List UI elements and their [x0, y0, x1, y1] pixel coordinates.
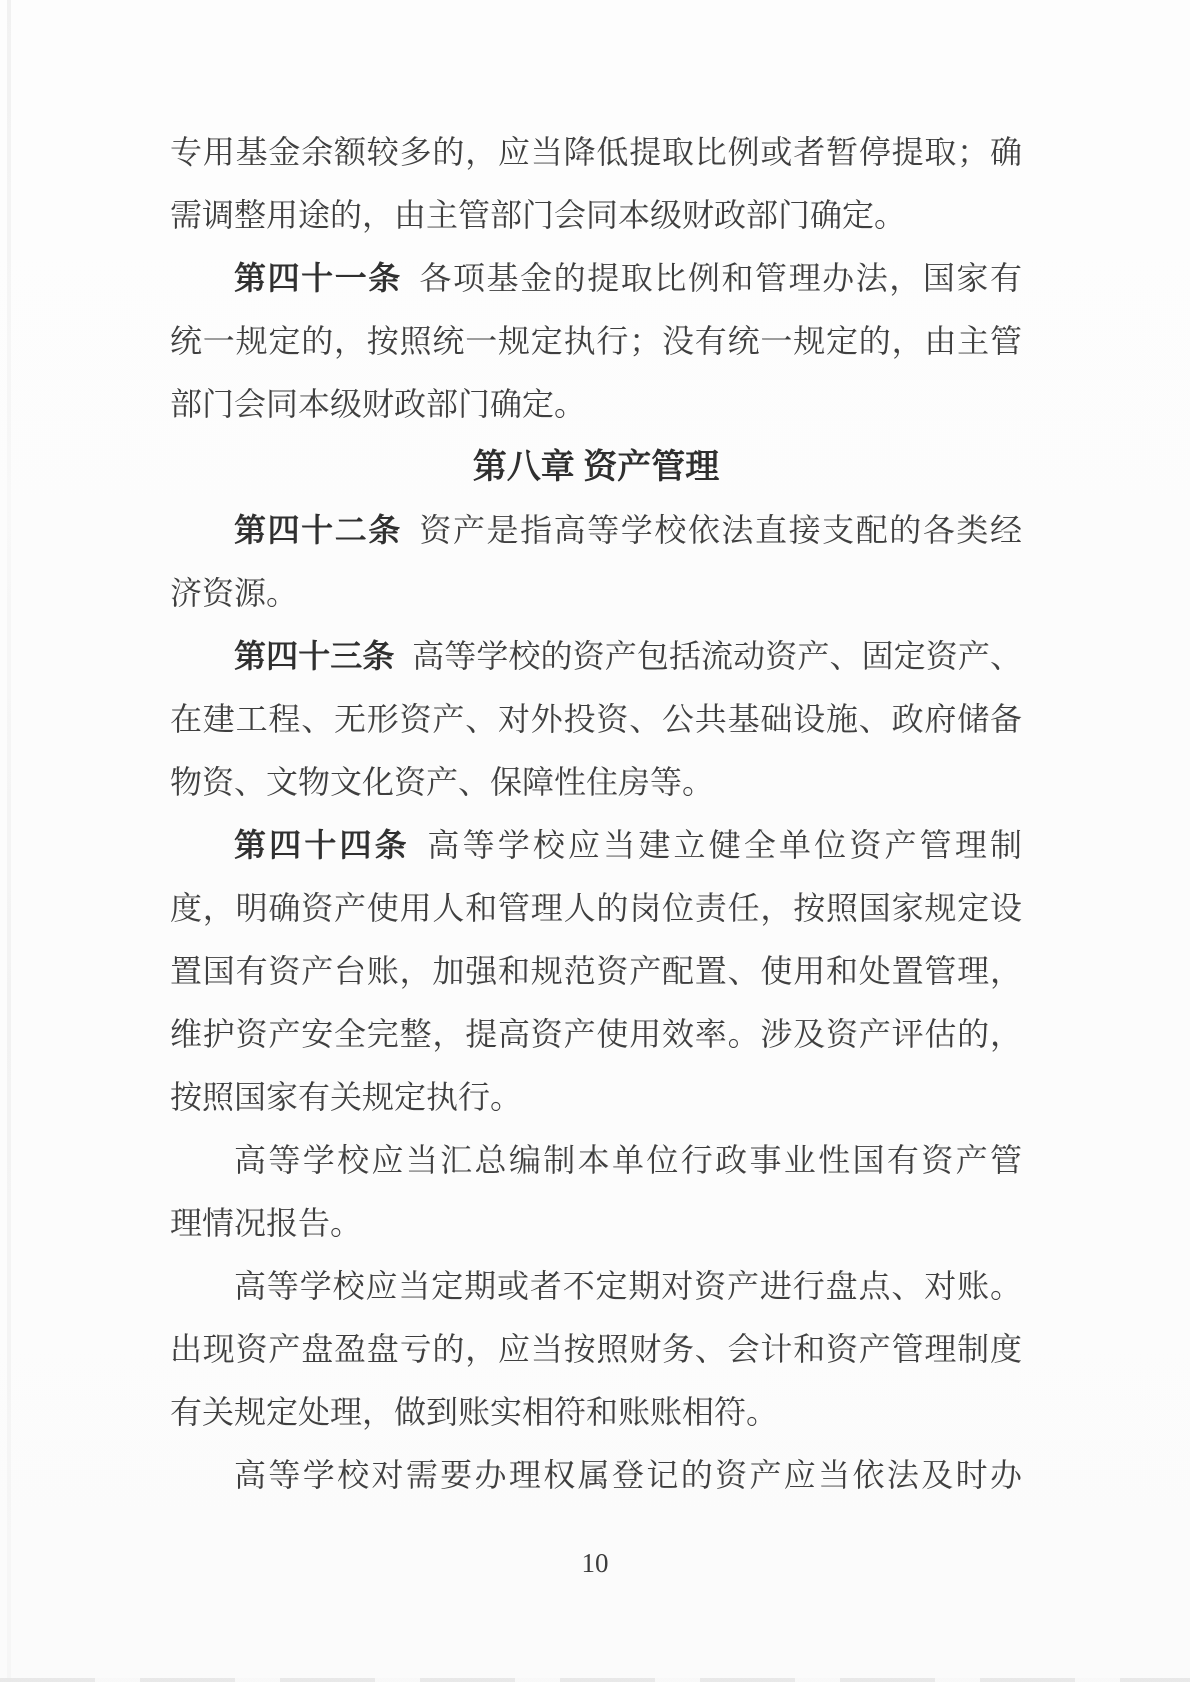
line-text: 资产是指高等学校依法直接支配的各类经: [419, 512, 1022, 548]
text-line: 物资、文物文化资产、保障性住房等。: [170, 751, 1022, 814]
line-text: 高等学校应当汇总编制本单位行政事业性国有资产管: [234, 1142, 1022, 1178]
text-line: 有关规定处理，做到账实相符和账账相符。: [170, 1381, 1022, 1444]
text-line: 维护资产安全完整，提高资产使用效率。涉及资产评估的，: [170, 1003, 1022, 1066]
text-line: 第八章 资产管理: [170, 436, 1022, 499]
line-text: 高等学校对需要办理权属登记的资产应当依法及时办: [234, 1457, 1022, 1493]
line-text: 理情况报告。: [170, 1205, 362, 1241]
line-text: 置国有资产台账，加强和规范资产配置、使用和处置管理，: [170, 953, 1022, 989]
line-text: 在建工程、无形资产、对外投资、公共基础设施、政府储备: [170, 701, 1022, 737]
scanned-document-page: 专用基金余额较多的，应当降低提取比例或者暂停提取；确需调整用途的，由主管部门会同…: [0, 0, 1190, 1682]
line-text: 维护资产安全完整，提高资产使用效率。涉及资产评估的，: [170, 1016, 1022, 1052]
line-text: 高等学校的资产包括流动资产、固定资产、: [412, 638, 1022, 674]
text-line: 济资源。: [170, 562, 1022, 625]
scan-artifact-bottom-edge: [0, 1678, 1190, 1682]
text-line: 高等学校应当定期或者不定期对资产进行盘点、对账。: [170, 1255, 1022, 1318]
line-text: 出现资产盘盈盘亏的，应当按照财务、会计和资产管理制度: [170, 1331, 1022, 1367]
line-text: 济资源。: [170, 575, 298, 611]
text-line: 出现资产盘盈盘亏的，应当按照财务、会计和资产管理制度: [170, 1318, 1022, 1381]
line-text: 高等学校应当建立健全单位资产管理制: [427, 827, 1022, 863]
line-text: 度，明确资产使用人和管理人的岗位责任，按照国家规定设: [170, 890, 1022, 926]
line-text: 第八章 资产管理: [473, 449, 720, 486]
article-number-label: 第四十三条: [234, 638, 395, 674]
text-line: 部门会同本级财政部门确定。: [170, 373, 1022, 436]
line-text: 按照国家有关规定执行。: [170, 1079, 522, 1115]
text-line: 第四十三条高等学校的资产包括流动资产、固定资产、: [170, 625, 1022, 688]
article-number-label: 第四十一条: [234, 260, 402, 296]
text-line: 第四十四条高等学校应当建立健全单位资产管理制: [170, 814, 1022, 877]
text-line: 度，明确资产使用人和管理人的岗位责任，按照国家规定设: [170, 877, 1022, 940]
line-text: 有关规定处理，做到账实相符和账账相符。: [170, 1394, 778, 1430]
document-body-text: 专用基金余额较多的，应当降低提取比例或者暂停提取；确需调整用途的，由主管部门会同…: [170, 121, 1022, 1507]
scan-artifact-left-edge: [7, 0, 11, 1682]
line-text: 高等学校应当定期或者不定期对资产进行盘点、对账。: [234, 1268, 1022, 1304]
text-line: 高等学校对需要办理权属登记的资产应当依法及时办: [170, 1444, 1022, 1507]
article-number-label: 第四十二条: [234, 512, 402, 548]
text-line: 需调整用途的，由主管部门会同本级财政部门确定。: [170, 184, 1022, 247]
line-text: 统一规定的，按照统一规定执行；没有统一规定的，由主管: [170, 323, 1022, 359]
line-text: 各项基金的提取比例和管理办法，国家有: [419, 260, 1022, 296]
article-number-label: 第四十四条: [234, 827, 410, 863]
line-text: 物资、文物文化资产、保障性住房等。: [170, 764, 714, 800]
line-text: 需调整用途的，由主管部门会同本级财政部门确定。: [170, 197, 906, 233]
line-text: 部门会同本级财政部门确定。: [170, 386, 586, 422]
text-line: 在建工程、无形资产、对外投资、公共基础设施、政府储备: [170, 688, 1022, 751]
text-line: 第四十二条资产是指高等学校依法直接支配的各类经: [170, 499, 1022, 562]
text-line: 第四十一条各项基金的提取比例和管理办法，国家有: [170, 247, 1022, 310]
text-line: 高等学校应当汇总编制本单位行政事业性国有资产管: [170, 1129, 1022, 1192]
page-number: 10: [0, 1548, 1190, 1579]
line-text: 专用基金余额较多的，应当降低提取比例或者暂停提取；确: [170, 134, 1022, 170]
text-line: 理情况报告。: [170, 1192, 1022, 1255]
text-line: 置国有资产台账，加强和规范资产配置、使用和处置管理，: [170, 940, 1022, 1003]
text-line: 统一规定的，按照统一规定执行；没有统一规定的，由主管: [170, 310, 1022, 373]
text-line: 按照国家有关规定执行。: [170, 1066, 1022, 1129]
text-line: 专用基金余额较多的，应当降低提取比例或者暂停提取；确: [170, 121, 1022, 184]
